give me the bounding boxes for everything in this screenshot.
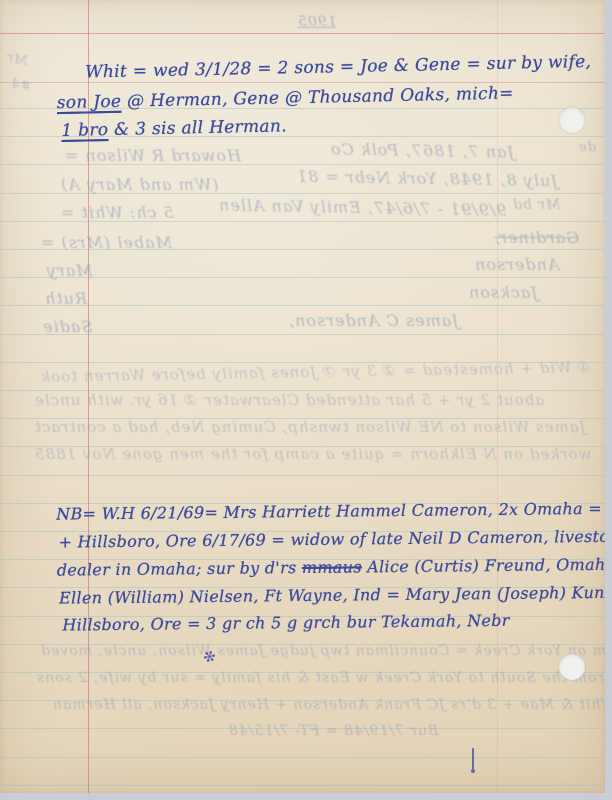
handwriting-segment: mmaus — [302, 557, 362, 577]
handwriting-segment: Alice (Curtis) Freund, Omaha; — [362, 555, 612, 577]
ink-stroke — [472, 748, 474, 770]
hole-punch — [559, 654, 585, 680]
handwriting-line: NB= W.H 6/21/69= Mrs Harriett Hammel Cam… — [56, 498, 612, 523]
handwriting-segment: dealer in Omaha; sur by d'rs — [57, 558, 302, 580]
hole-punch — [559, 107, 585, 133]
scan-edge-bottom — [0, 793, 612, 800]
handwriting-segment: NB= W.H 6/21/69= Mrs Harriett Hammel Cam… — [56, 498, 612, 523]
paper: 1905Mr#4Howard R Wilson =Jan 7, 1867, Po… — [0, 0, 605, 793]
handwriting-line: Hillsboro, Ore = 3 gr ch 5 g grch bur Te… — [62, 611, 510, 635]
scan-edge-right — [605, 0, 612, 800]
scanned-notebook-page: 1905Mr#4Howard R Wilson =Jan 7, 1867, Po… — [0, 0, 612, 800]
handwriting-segment: + Hillsboro, Ore 6/17/69 = widow of late… — [58, 527, 612, 552]
handwriting-line: Ellen (William) Nielsen, Ft Wayne, Ind =… — [59, 583, 612, 608]
handwriting-segment: Ellen (William) Nielsen, Ft Wayne, Ind =… — [59, 583, 612, 608]
handwriting-line: + Hillsboro, Ore 6/17/69 = widow of late… — [58, 527, 612, 552]
handwriting-segment: Hillsboro, Ore = 3 gr ch 5 g grch bur Te… — [62, 611, 510, 635]
handwriting-line: dealer in Omaha; sur by d'rs mmaus Alice… — [57, 555, 612, 580]
handwriting-block-bottom-note: NB= W.H 6/21/69= Mrs Harriett Hammel Cam… — [0, 0, 609, 796]
